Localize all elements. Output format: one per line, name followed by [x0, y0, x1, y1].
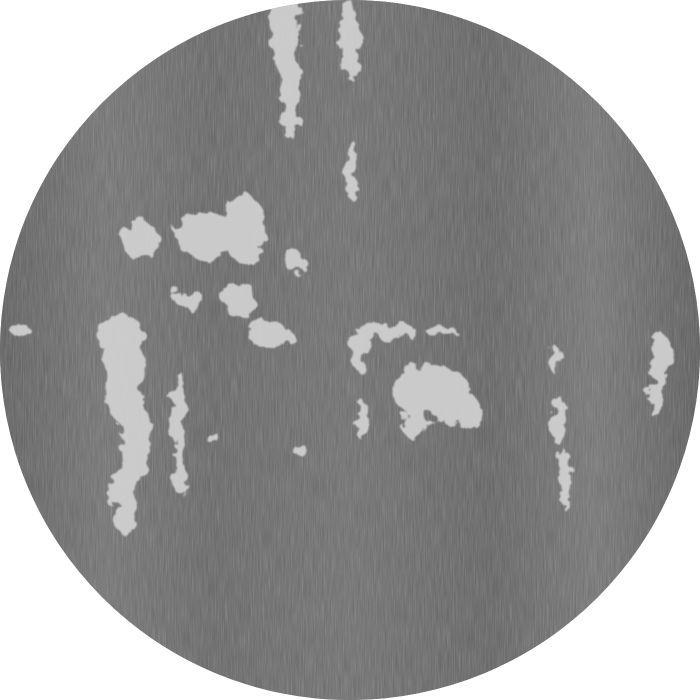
rug-texture — [0, 0, 700, 700]
round-rug — [0, 0, 700, 700]
